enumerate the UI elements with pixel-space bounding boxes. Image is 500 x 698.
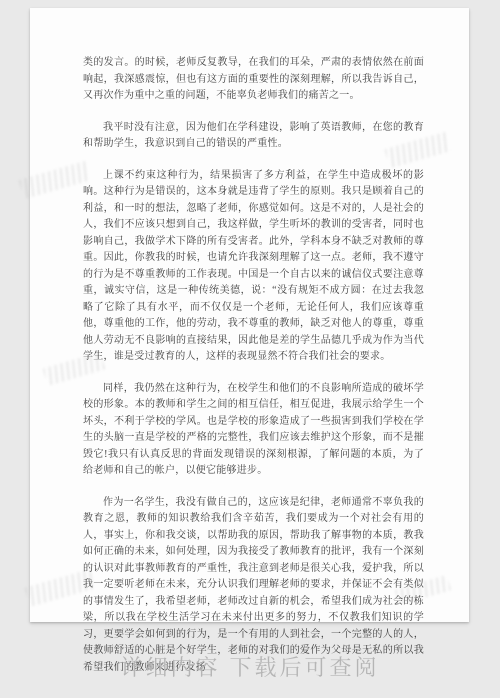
footer-caption: 详细内容 下载后可查阅 (0, 651, 500, 682)
document-page: 类的发言。的时候，老师反复教导，在我们的耳朵，严肃的表情依然在前面响起，我深感震… (30, 8, 469, 622)
body-paragraph: 类的发言。的时候，老师反复教导，在我们的耳朵，严肃的表情依然在前面响起，我深感震… (83, 55, 424, 105)
body-paragraph: 我平时没有注意，因为他们在学科建设，影响了英语教师，在您的教育和帮助学生，我意识… (83, 120, 424, 153)
body-paragraph: 同样，我仍然在这种行为，在校学生和他们的不良影响所造成的破坏学校的形象。本的教师… (83, 381, 424, 480)
body-paragraph: 上课不约束这种行为，结果损害了多方利益，在学生中造成极坏的影响。这种行为是错误的… (83, 168, 424, 366)
body-paragraph: 作为一名学生，我没有做自己的，这应该是纪律，老师通常不辜负我的教育之恩，教师的知… (83, 495, 424, 677)
preview-canvas: 类的发言。的时候，老师反复教导，在我们的耳朵，严肃的表情依然在前面响起，我深感震… (0, 0, 500, 698)
document-body-text: 类的发言。的时候，老师反复教导，在我们的耳朵，严肃的表情依然在前面响起，我深感震… (83, 55, 424, 691)
